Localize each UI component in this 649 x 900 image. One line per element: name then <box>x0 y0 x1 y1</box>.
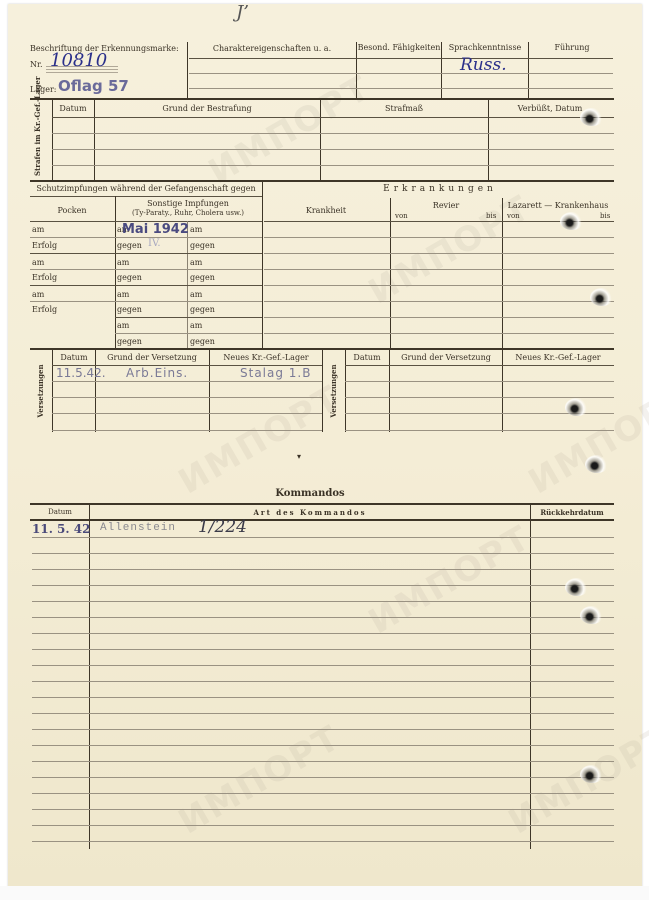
revier-to: bis <box>486 212 496 220</box>
commandos-rule <box>32 553 614 554</box>
punch-hole <box>580 606 604 624</box>
commandos-rule <box>32 825 614 826</box>
document-page <box>8 4 642 890</box>
page-edge <box>0 886 649 900</box>
col-illness: Krankheit <box>306 206 346 215</box>
pocken-row: Erfolg <box>32 305 57 314</box>
other-row: gegen <box>190 241 215 250</box>
punch-hole <box>565 398 589 416</box>
col-conduct: Führung <box>554 43 589 52</box>
illnesses-title: Erkrankungen <box>383 184 497 194</box>
transfer-col-reason-2: Grund der Versetzung <box>401 353 491 362</box>
commandos-rule <box>32 681 614 682</box>
vaccination-stamp-note: IV. <box>148 238 161 249</box>
other-row: gegen <box>190 337 215 346</box>
col-skills: Besond. Fähigkeiten <box>358 43 441 52</box>
punish-col-date: Datum <box>59 104 86 113</box>
commandos-rule <box>32 537 614 538</box>
commandos-rule <box>32 665 614 666</box>
other-row: am <box>190 321 202 330</box>
other-row: gegen <box>190 305 215 314</box>
lager-value: Oflag 57 <box>58 77 129 95</box>
pocken-row: Erfolg <box>32 241 57 250</box>
col-revier: Revier <box>433 201 459 210</box>
transfer-date: 11.5.42. <box>56 366 106 380</box>
col-lazarett: Lazarett — Krankenhaus <box>508 201 609 210</box>
transfers-side-label: Versetzungen <box>36 352 45 430</box>
commandos-rule <box>32 745 614 746</box>
other-row: am <box>190 258 202 267</box>
commandos-rule <box>32 649 614 650</box>
transfers-side-label-2: Versetzungen <box>329 352 338 430</box>
col-languages: Sprachkenntnisse <box>449 43 522 52</box>
pocken-row: am <box>32 225 44 234</box>
other-row: am <box>190 225 202 234</box>
commandos-col-date: Datum <box>48 508 72 516</box>
pocken-row: am <box>32 290 44 299</box>
punish-col-served: Verbüßt, Datum <box>518 104 583 113</box>
vaccinations-title: Schutzimpfungen während der Gefangenscha… <box>36 184 255 193</box>
ink-mark: ▾ <box>297 452 301 461</box>
transfer-col-camp: Neues Kr.-Gef.-Lager <box>223 353 308 362</box>
transfer-col-camp-2: Neues Kr.-Gef.-Lager <box>515 353 600 362</box>
other-row: am <box>117 321 129 330</box>
commandos-rule <box>32 793 614 794</box>
transfer-new-camp: Stalag 1.B <box>240 366 311 380</box>
commando-date: 11. 5. 42 <box>32 522 90 536</box>
vaccination-stamp: Mai 1942 <box>122 222 189 237</box>
commandos-rule <box>32 601 614 602</box>
lazarett-from: von <box>507 212 520 220</box>
commandos-rule <box>32 841 614 842</box>
commandos-rule <box>32 569 614 570</box>
commandos-rule <box>32 697 614 698</box>
commando-kind-hand: 1/224 <box>198 517 247 537</box>
top-scribble: J’ <box>236 2 249 23</box>
punishments-side-label: Strafen im Kr.-Gef.-Lager <box>33 102 42 176</box>
other-row: gegen <box>117 241 142 250</box>
punch-hole <box>565 578 589 596</box>
col-other-line1: Sonstige Impfungen <box>147 199 229 208</box>
other-row: am <box>117 290 129 299</box>
commandos-rule <box>32 729 614 730</box>
commandos-rule <box>32 585 614 586</box>
col-character: Charaktereigenschaften u. a. <box>213 44 331 53</box>
other-row: gegen <box>117 337 142 346</box>
punish-col-reason: Grund der Bestrafung <box>162 104 251 113</box>
nr-label: Nr. <box>30 60 43 69</box>
commandos-rule <box>32 617 614 618</box>
commandos-rule <box>32 777 614 778</box>
commandos-rule <box>32 633 614 634</box>
commandos-rule <box>32 761 614 762</box>
languages-value: Russ. <box>460 55 507 75</box>
other-row: gegen <box>190 273 215 282</box>
col-pocken: Pocken <box>57 206 86 215</box>
commando-kind-typed: Allenstein <box>100 522 176 534</box>
punch-hole <box>560 212 584 230</box>
transfer-col-date: Datum <box>60 353 87 362</box>
punch-hole <box>590 288 614 306</box>
punch-hole <box>580 765 604 783</box>
other-row: am <box>190 290 202 299</box>
punish-col-measure: Strafmaß <box>385 104 423 113</box>
transfer-col-date-2: Datum <box>353 353 380 362</box>
commandos-col-kind: Art des Kommandos <box>253 508 366 517</box>
revier-from: von <box>395 212 408 220</box>
col-other-line2: (Ty-Paraty., Ruhr, Cholera usw.) <box>132 209 244 217</box>
transfer-reason: Arb.Eins. <box>126 366 188 380</box>
other-row: am <box>117 258 129 267</box>
punch-hole <box>585 455 609 473</box>
commandos-rule <box>32 809 614 810</box>
transfer-col-reason: Grund der Versetzung <box>107 353 197 362</box>
other-row: gegen <box>117 305 142 314</box>
pocken-row: Erfolg <box>32 273 57 282</box>
other-row: gegen <box>117 273 142 282</box>
commandos-rule <box>32 713 614 714</box>
commandos-title: Kommandos <box>275 488 344 499</box>
punch-hole <box>580 108 604 126</box>
pocken-row: am <box>32 258 44 267</box>
lazarett-to: bis <box>600 212 610 220</box>
commandos-col-return: Rückkehrdatum <box>540 508 603 517</box>
nr-value: 10810 <box>50 50 107 71</box>
